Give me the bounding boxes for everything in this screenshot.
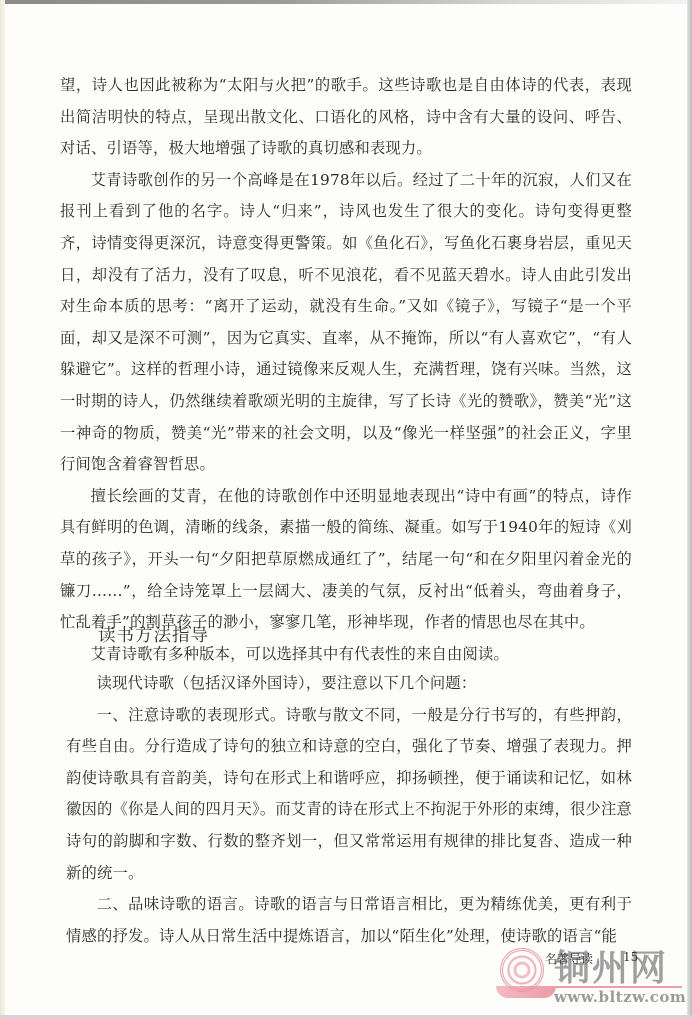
scan-left-page-edge xyxy=(0,0,5,1018)
scan-right-page-edge xyxy=(687,0,692,1018)
running-title: 名著导读 xyxy=(545,950,593,967)
ribbon-icon xyxy=(496,986,556,998)
section-heading: 读书方法指导 xyxy=(98,622,209,647)
paragraph-point-one: 一、注意诗歌的表现形式。诗歌与散文不同，一般是分行书写的，有些押韵，有些自由。分… xyxy=(66,700,632,890)
page-footer: 名著导读 15 xyxy=(545,950,638,967)
paragraph-intro: 读现代诗歌（包括汉译外国诗），要注意以下几个问题： xyxy=(66,668,632,700)
scan-top-edge-shadow xyxy=(0,0,692,4)
body-text-part1: 望，诗人也因此被称为“太阳与火把”的歌手。这些诗歌也是自由体诗的代表，表现出简洁… xyxy=(60,70,632,670)
paragraph-poetry-painting: 擅长绘画的艾青，在他的诗歌创作中还明显地表现出“诗中有画”的特点，诗作具有鲜明的… xyxy=(60,481,632,639)
watermark-url: www.bltzw.com xyxy=(554,988,686,1006)
body-text-part2: 读现代诗歌（包括汉译外国诗），要注意以下几个问题： 一、注意诗歌的表现形式。诗歌… xyxy=(66,668,632,952)
paragraph-continuation: 望，诗人也因此被称为“太阳与火把”的歌手。这些诗歌也是自由体诗的代表，表现出简洁… xyxy=(60,70,632,165)
page-number: 15 xyxy=(623,950,638,967)
paragraph-later-peak: 艾青诗歌创作的另一个高峰是在1978年以后。经过了二十年的沉寂，人们又在报刊上看… xyxy=(60,165,632,481)
